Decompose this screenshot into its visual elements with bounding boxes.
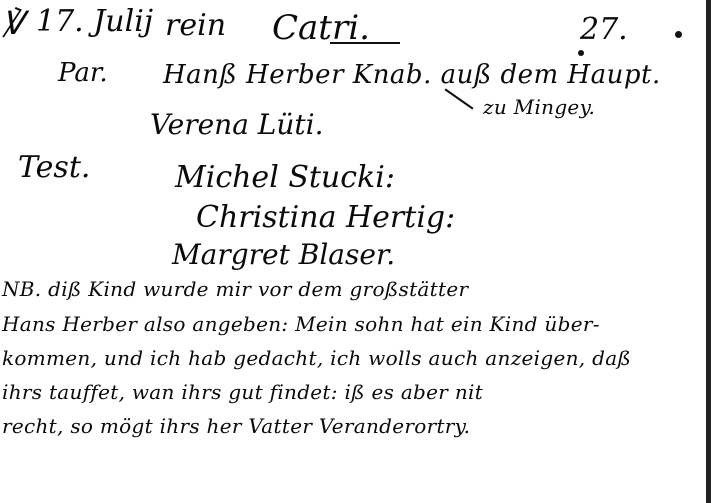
note-line-2: Hans Herber also angeben: Mein sohn hat …	[2, 312, 600, 336]
note-line-5: recht, so mögt ihrs her Vatter Verandero…	[2, 414, 470, 438]
bracket-stroke	[445, 88, 474, 109]
scan-edge	[706, 0, 711, 503]
note-line-3: kommen, und ich hab gedacht, ich wolls a…	[2, 346, 631, 370]
father-name: Hanß Herber Knab. auß dem Haupt.	[163, 60, 661, 90]
note-line-1: NB. diß Kind wurde mir vor dem großstätt…	[2, 277, 468, 301]
witness-1: Michel Stucki:	[175, 160, 395, 195]
register-page: ℣ 17. Julij rein Catri. 27. Par. Hanß He…	[0, 0, 711, 503]
parents-label: Par.	[58, 58, 108, 88]
entry-number: 27.	[580, 12, 628, 47]
ink-dot	[578, 50, 584, 56]
note-line-4: ihrs tauffet, wan ihrs gut findet: iß es…	[2, 380, 483, 404]
child-name-underline	[330, 42, 400, 44]
entry-date: 17. Julij	[36, 4, 153, 39]
entry-verb: rein	[165, 8, 226, 43]
mother-name: Verena Lüti.	[150, 108, 324, 141]
entry-mark: ℣	[2, 4, 24, 42]
witness-2: Christina Hertig:	[196, 200, 455, 235]
ink-dot	[675, 31, 682, 38]
father-origin: zu Mingey.	[483, 95, 595, 119]
witness-3: Margret Blaser.	[172, 238, 395, 271]
witnesses-label: Test.	[18, 150, 90, 185]
